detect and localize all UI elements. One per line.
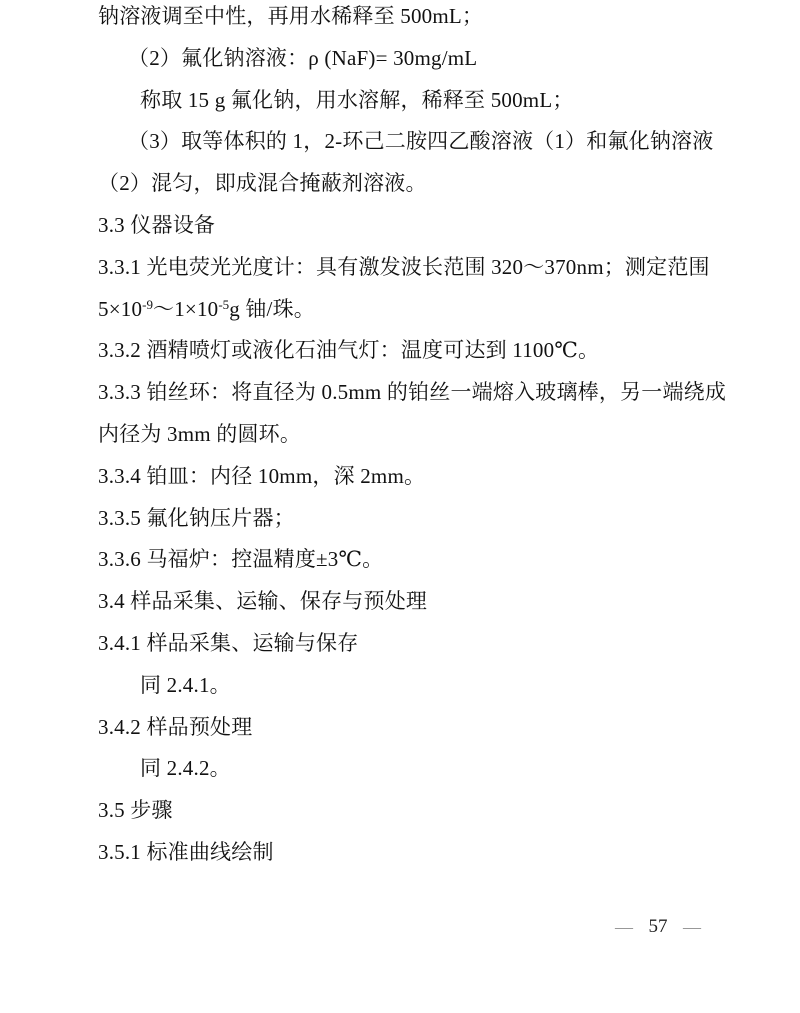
heading-3-5-procedure: 3.5 步骤 [98,790,714,832]
footer-dash-right: — [683,918,701,936]
formula-base-3: g 铀/珠。 [229,297,315,321]
heading-3-4-2-sample-pretreatment: 3.4.2 样品预处理 [98,707,714,749]
formula-base-1: 5×10 [98,297,142,321]
document-body: 钠溶液调至中性，再用水稀释至 500mL； （2）氟化钠溶液：ρ (NaF)= … [98,0,714,874]
section-3-3-4-platinum-dish: 3.3.4 铂皿：内径 10mm，深 2mm。 [98,456,714,498]
paragraph-naoh-neutralize: 钠溶液调至中性，再用水稀释至 500mL； [98,0,714,38]
heading-3-5-1-standard-curve: 3.5.1 标准曲线绘制 [98,832,714,874]
section-3-3-1-fluorometer-line-1: 3.3.1 光电荧光光度计：具有激发波长范围 320～370nm；测定范围 [98,247,714,289]
formula-exponent-2: -5 [218,297,229,312]
formula-base-2: ～1×10 [153,297,218,321]
section-3-4-1-body: 同 2.4.1。 [98,665,714,707]
paragraph-masking-agent-line-1: （3）取等体积的 1，2-环己二胺四乙酸溶液（1）和氟化钠溶液 [98,121,714,163]
section-3-3-3-platinum-ring-line-2: 内径为 3mm 的圆环。 [98,414,714,456]
heading-3-4-sampling: 3.4 样品采集、运输、保存与预处理 [98,581,714,623]
paragraph-naf-solution: （2）氟化钠溶液：ρ (NaF)= 30mg/mL [98,38,714,80]
section-3-3-2-burner: 3.3.2 酒精喷灯或液化石油气灯：温度可达到 1100℃。 [98,330,714,372]
section-3-4-2-body: 同 2.4.2。 [98,748,714,790]
section-3-3-1-fluorometer-line-2: 5×10-9～1×10-5g 铀/珠。 [98,289,714,331]
page-footer: — 57 — [615,915,701,939]
section-3-3-5-naf-press: 3.3.5 氟化钠压片器； [98,498,714,540]
section-3-3-6-muffle-furnace: 3.3.6 马福炉：控温精度±3℃。 [98,539,714,581]
paragraph-naf-preparation: 称取 15 g 氟化钠，用水溶解，稀释至 500mL； [98,80,714,122]
formula-exponent-1: -9 [142,297,153,312]
document-page: 钠溶液调至中性，再用水稀释至 500mL； （2）氟化钠溶液：ρ (NaF)= … [0,0,800,1013]
footer-dash-left: — [615,918,633,936]
page-number: 57 [649,916,668,938]
heading-3-3-instruments: 3.3 仪器设备 [98,205,714,247]
paragraph-masking-agent-line-2: （2）混匀，即成混合掩蔽剂溶液。 [98,163,714,205]
section-3-3-3-platinum-ring-line-1: 3.3.3 铂丝环：将直径为 0.5mm 的铂丝一端熔入玻璃棒，另一端绕成 [98,372,714,414]
heading-3-4-1-sample-collection: 3.4.1 样品采集、运输与保存 [98,623,714,665]
